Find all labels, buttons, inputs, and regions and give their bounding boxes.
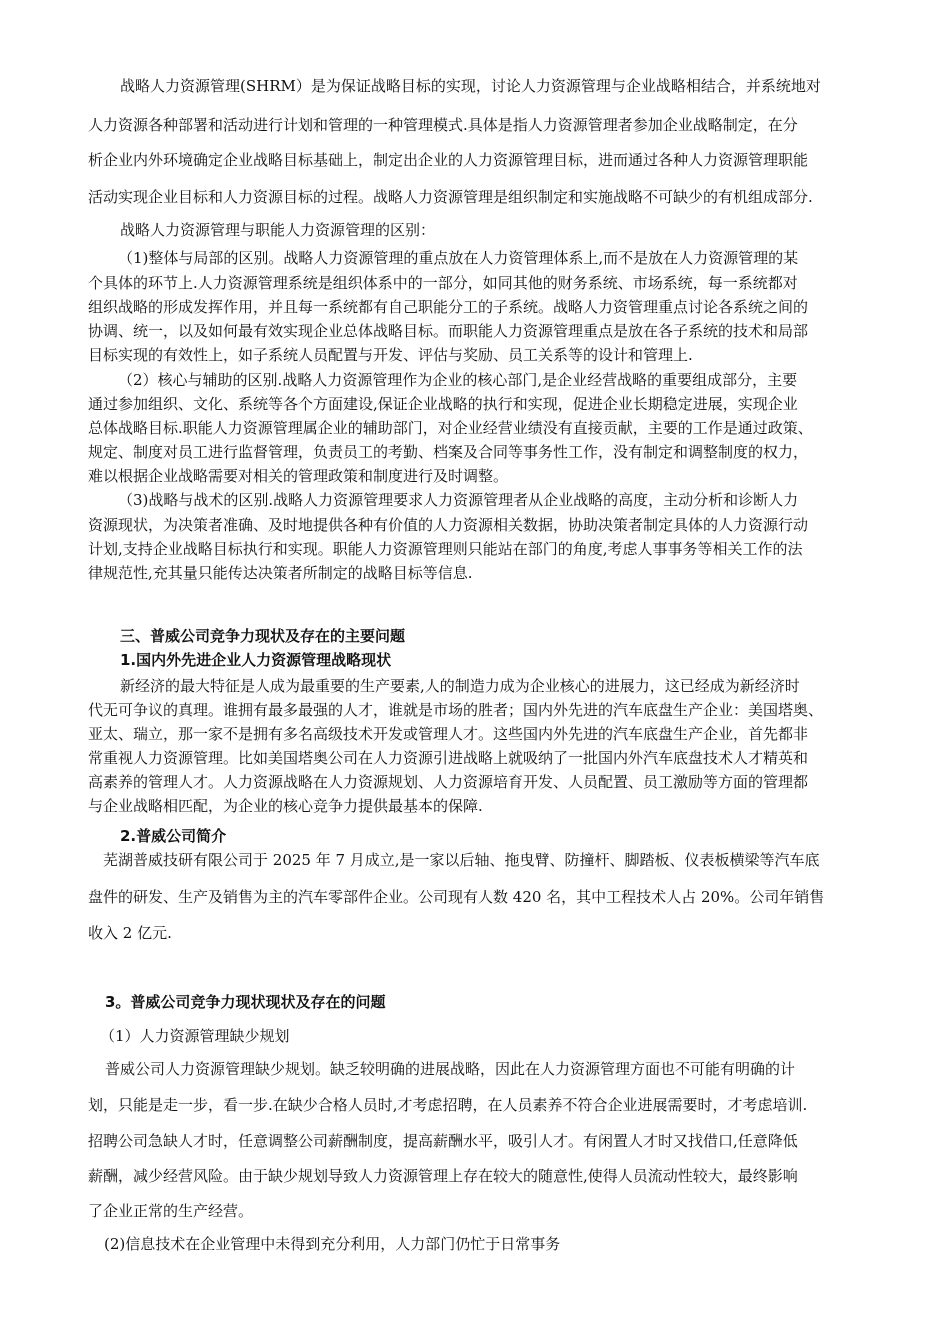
diff-intro: 战略人力资源管理与职能人力资源管理的区别： xyxy=(120,220,435,240)
sub2-line-3: 收入 2 亿元. xyxy=(88,923,172,943)
item1-line-1: 普威公司人力资源管理缺少规划。缺乏较明确的进展战略，因此在人力资源管理方面也不可… xyxy=(105,1059,795,1079)
diff2-line-1: （2）核心与辅助的区别.战略人力资源管理作为企业的核心部门,是企业经营战略的重要… xyxy=(118,370,797,390)
sub1-line-2: 代无可争议的真理。谁拥有最多最强的人才，谁就是市场的胜者；国内外先进的汽车底盘生… xyxy=(88,700,823,720)
sub1-line-4: 常重视人力资源管理。比如美国塔奥公司在人力资源引进战略上就吸纳了一批国内外汽车底… xyxy=(88,748,808,768)
diff1-line-5: 目标实现的有效性上，如子系统人员配置与开发、评估与奖励、员工关系等的设计和管理上… xyxy=(88,345,693,365)
diff1-line-4: 协调、统一，以及如何最有效实现企业总体战略目标。而职能人力资源管理重点是放在各子… xyxy=(88,321,808,341)
diff3-line-4: 律规范性,充其量只能传达决策者所制定的战略目标等信息. xyxy=(88,563,473,583)
diff1-line-1: （1)整体与局部的区别。战略人力资源管理的重点放在人力资管理体系上,而不是放在人… xyxy=(118,248,798,268)
subsection-3-heading: 3。普威公司竞争力现状现状及存在的问题 xyxy=(105,992,385,1012)
diff3-line-2: 资源现状，为决策者准确、及时地提供各种有价值的人力资源相关数据，协助决策者制定具… xyxy=(88,515,808,535)
diff2-line-2: 通过参加组织、文化、系统等各个方面建设,保证企业战略的执行和实现，促进企业长期稳… xyxy=(88,394,798,414)
diff3-line-3: 计划,支持企业战略目标执行和实现。职能人力资源管理则只能站在部门的角度,考虑人事… xyxy=(88,539,803,559)
sub1-line-5: 高素养的管理人才。人力资源战略在人力资源规划、人力资源培育开发、人员配置、员工激… xyxy=(88,772,808,792)
diff2-line-5: 难以根据企业战略需要对相关的管理政策和制度进行及时调整。 xyxy=(88,466,508,486)
item1-line-5: 了企业正常的生产经营。 xyxy=(88,1201,253,1221)
intro-line-4: 活动实现企业目标和人力资源目标的过程。战略人力资源管理是组织制定和实施战略不可缺… xyxy=(88,187,813,207)
diff2-line-3: 总体战略目标.职能人力资源管理属企业的辅助部门，对企业经营业绩没有直接贡献，主要… xyxy=(88,418,813,438)
item1-title: （1）人力资源管理缺少规划 xyxy=(100,1026,290,1046)
diff3-line-1: （3)战略与战术的区别.战略人力资源管理要求人力资源管理者从企业战略的高度，主动… xyxy=(118,490,798,510)
diff2-line-4: 规定、制度对员工进行监督管理，负责员工的考勤、档案及合同等事务性工作，没有制定和… xyxy=(88,442,808,462)
sub1-line-6: 与企业战略相匹配，为企业的核心竞争力提供最基本的保障. xyxy=(88,796,483,816)
intro-line-3: 析企业内外环境确定企业战略目标基础上，制定出企业的人力资源管理目标，进而通过各种… xyxy=(88,150,808,170)
subsection-1-heading: 1.国内外先进企业人力资源管理战略现状 xyxy=(120,650,391,670)
intro-line-2: 人力资源各种部署和活动进行计划和管理的一种管理模式.具体是指人力资源管理者参加企… xyxy=(88,115,798,135)
item1-line-4: 薪酬，减少经营风险。由于缺少规划导致人力资源管理上存在较大的随意性,使得人员流动… xyxy=(88,1166,798,1186)
intro-line-1: 战略人力资源管理(SHRM）是为保证战略目标的实现，讨论人力资源管理与企业战略相… xyxy=(120,76,821,96)
diff1-line-3: 组织战略的形成发挥作用，并且每一系统都有自己职能分工的子系统。战略人力资管理重点… xyxy=(88,297,808,317)
sub2-line-2: 盘件的研发、生产及销售为主的汽车零部件企业。公司现有人数 420 名，其中工程技… xyxy=(88,887,824,907)
item1-line-3: 招聘公司急缺人才时，任意调整公司薪酬制度，提高薪酬水平，吸引人才。有闲置人才时又… xyxy=(88,1131,798,1151)
diff1-line-2: 个具体的环节上.人力资源管理系统是组织体系中的一部分，如同其他的财务系统、市场系… xyxy=(88,273,798,293)
subsection-2-heading: 2.普威公司简介 xyxy=(120,826,226,846)
sub1-line-3: 亚太、瑞立，那一家不是拥有多名高级技术开发或管理人才。这些国内外先进的汽车底盘生… xyxy=(88,724,808,744)
section-heading: 三、普威公司竞争力现状及存在的主要问题 xyxy=(120,626,405,646)
item2-title: (2)信息技术在企业管理中未得到充分利用，人力部门仍忙于日常事务 xyxy=(104,1234,560,1254)
sub1-line-1: 新经济的最大特征是人成为最重要的生产要素,人的制造力成为企业核心的进展力，这已经… xyxy=(120,676,800,696)
sub2-line-1: 芜湖普威技研有限公司于 2025 年 7 月成立,是一家以后轴、拖曳臂、防撞杆、… xyxy=(103,850,820,870)
item1-line-2: 划，只能是走一步，看一步.在缺少合格人员时,才考虑招聘，在人员素养不符合企业进展… xyxy=(88,1095,807,1115)
